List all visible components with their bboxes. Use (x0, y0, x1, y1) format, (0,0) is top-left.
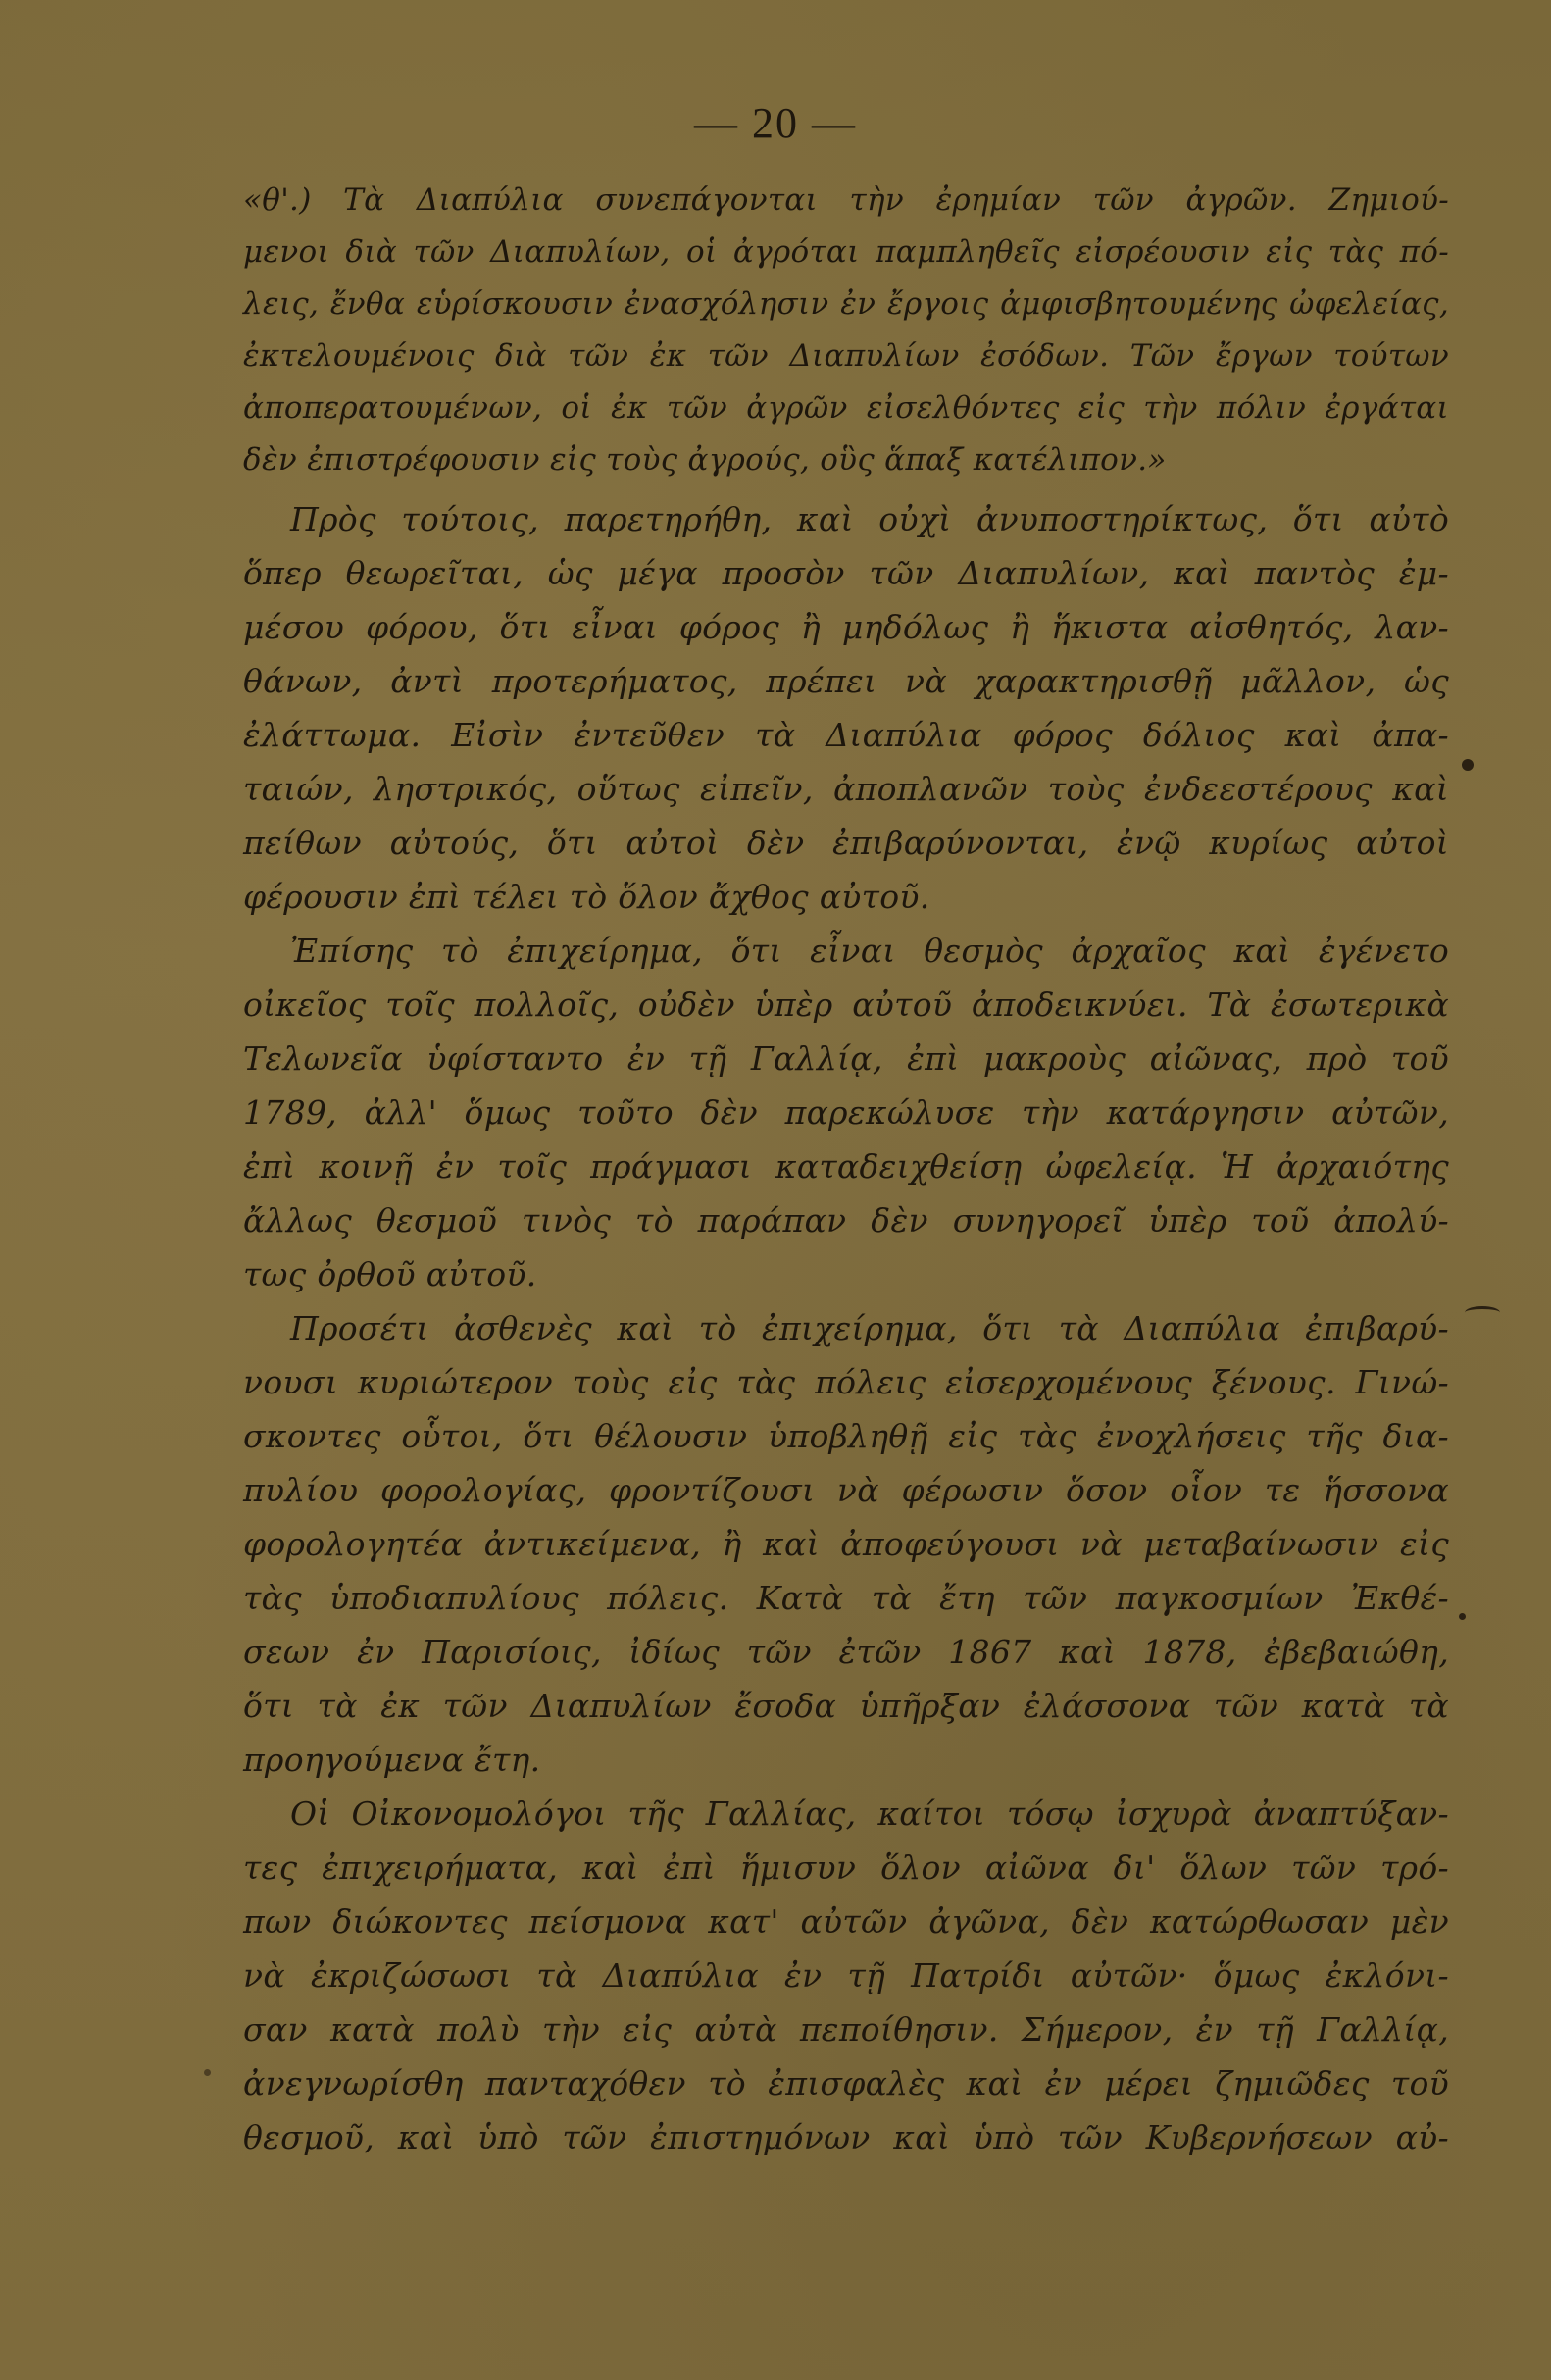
text-line: ἀνεγνωρίσθη πανταχόθεν τὸ ἐπισφαλὲς καὶ … (243, 2056, 1449, 2110)
text-line: ἀποπερατουμένων, οἱ ἐκ τῶν ἀγρῶν εἰσελθό… (243, 382, 1449, 434)
text-line: ὅπερ θεωρεῖται, ὡς μέγα προσὸν τῶν Διαπυ… (243, 546, 1449, 600)
paragraph: Πρὸς τούτοις, παρετηρήθη, καὶ οὐχὶ ἀνυπο… (243, 492, 1449, 924)
text-line: τες ἐπιχειρήματα, καὶ ἐπὶ ἥμισυν ὅλον αἰ… (243, 1841, 1449, 1895)
text-line: πυλίου φορολογίας, φροντίζουσι νὰ φέρωσι… (243, 1463, 1449, 1517)
text-line: Τελωνεῖα ὑφίσταντο ἐν τῇ Γαλλίᾳ, ἐπὶ μακ… (243, 1032, 1449, 1086)
text-line: προηγούμενα ἔτη. (243, 1733, 1449, 1787)
text-line: φέρουσιν ἐπὶ τέλει τὸ ὅλον ἄχθος αὐτοῦ. (243, 870, 1449, 924)
page-number: — 20 — (0, 98, 1551, 148)
text-line: μενοι διὰ τῶν Διαπυλίων, οἱ ἀγρόται παμπ… (243, 227, 1449, 279)
text-line: οἰκεῖος τοῖς πολλοῖς, οὐδὲν ὑπὲρ αὐτοῦ ἀ… (243, 978, 1449, 1032)
text-line: δὲν ἐπιστρέφουσιν εἰς τοὺς ἀγρούς, οὓς ἅ… (243, 434, 1449, 486)
text-line: τὰς ὑποδιαπυλίους πόλεις. Κατὰ τὰ ἔτη τῶ… (243, 1571, 1449, 1625)
text-line: ἄλλως θεσμοῦ τινὸς τὸ παράπαν δὲν συνηγο… (243, 1193, 1449, 1247)
text-line: ὅτι τὰ ἐκ τῶν Διαπυλίων ἔσοδα ὑπῆρξαν ἐλ… (243, 1679, 1449, 1733)
text-line: πων διώκοντες πείσμονα κατ' αὐτῶν ἀγῶνα,… (243, 1895, 1449, 1949)
text-line: ἐκτελουμένοις διὰ τῶν ἐκ τῶν Διαπυλίων ἐ… (243, 330, 1449, 382)
text-line: φορολογητέα ἀντικείμενα, ἢ καὶ ἀποφεύγου… (243, 1517, 1449, 1571)
text-line: ἐπὶ κοινῇ ἐν τοῖς πράγμασι καταδειχθείσῃ… (243, 1139, 1449, 1193)
text-line: θεσμοῦ, καὶ ὑπὸ τῶν ἐπιστημόνων καὶ ὑπὸ … (243, 2110, 1449, 2164)
text-line: Προσέτι ἀσθενὲς καὶ τὸ ἐπιχείρημα, ὅτι τ… (243, 1301, 1449, 1355)
paragraph: Οἱ Οἰκονομολόγοι τῆς Γαλλίας, καίτοι τόσ… (243, 1787, 1449, 2164)
text-line: τως ὀρθοῦ αὐτοῦ. (243, 1247, 1449, 1301)
paragraph: Ἐπίσης τὸ ἐπιχείρημα, ὅτι εἶναι θεσμὸς ἀ… (243, 924, 1449, 1301)
text-line: θάνων, ἀντὶ προτερήματος, πρέπει νὰ χαρα… (243, 654, 1449, 708)
text-line: Ἐπίσης τὸ ἐπιχείρημα, ὅτι εἶναι θεσμὸς ἀ… (243, 924, 1449, 978)
ink-speck (204, 2069, 211, 2076)
text-line: νὰ ἐκριζώσωσι τὰ Διαπύλια ἐν τῇ Πατρίδι … (243, 1949, 1449, 2002)
ink-speck (1462, 759, 1474, 771)
paragraph: Προσέτι ἀσθενὲς καὶ τὸ ἐπιχείρημα, ὅτι τ… (243, 1301, 1449, 1787)
text-line: σεων ἐν Παρισίοις, ἰδίως τῶν ἐτῶν 1867 κ… (243, 1625, 1449, 1679)
text-line: σαν κατὰ πολὺ τὴν εἰς αὐτὰ πεποίθησιν. Σ… (243, 2002, 1449, 2056)
paragraph-quote: «θ'.) Τὰ Διαπύλια συνεπάγονται τὴν ἐρημί… (243, 175, 1449, 486)
text-line: 1789, ἀλλ' ὅμως τοῦτο δὲν παρεκώλυσε τὴν… (243, 1086, 1449, 1139)
text-line: νουσι κυριώτερον τοὺς εἰς τὰς πόλεις εἰσ… (243, 1355, 1449, 1409)
text-line: πείθων αὐτούς, ὅτι αὐτοὶ δὲν ἐπιβαρύνοντ… (243, 816, 1449, 870)
text-line: σκοντες οὗτοι, ὅτι θέλουσιν ὑποβληθῇ εἰς… (243, 1409, 1449, 1463)
text-line: ταιών, ληστρικός, οὕτως εἰπεῖν, ἀποπλανῶ… (243, 762, 1449, 816)
margin-pencil-mark (1465, 1306, 1500, 1319)
text-line: Οἱ Οἰκονομολόγοι τῆς Γαλλίας, καίτοι τόσ… (243, 1787, 1449, 1841)
text-line: λεις, ἔνθα εὑρίσκουσιν ἐνασχόλησιν ἐν ἔρ… (243, 279, 1449, 330)
text-line: ἐλάττωμα. Εἰσὶν ἐντεῦθεν τὰ Διαπύλια φόρ… (243, 708, 1449, 762)
page-body: «θ'.) Τὰ Διαπύλια συνεπάγονται τὴν ἐρημί… (243, 175, 1449, 2164)
text-line: Πρὸς τούτοις, παρετηρήθη, καὶ οὐχὶ ἀνυπο… (243, 492, 1449, 546)
text-line: μέσου φόρου, ὅτι εἶναι φόρος ἢ μηδόλως ἢ… (243, 600, 1449, 654)
ink-speck (1459, 1613, 1466, 1620)
text-line: «θ'.) Τὰ Διαπύλια συνεπάγονται τὴν ἐρημί… (243, 175, 1449, 227)
